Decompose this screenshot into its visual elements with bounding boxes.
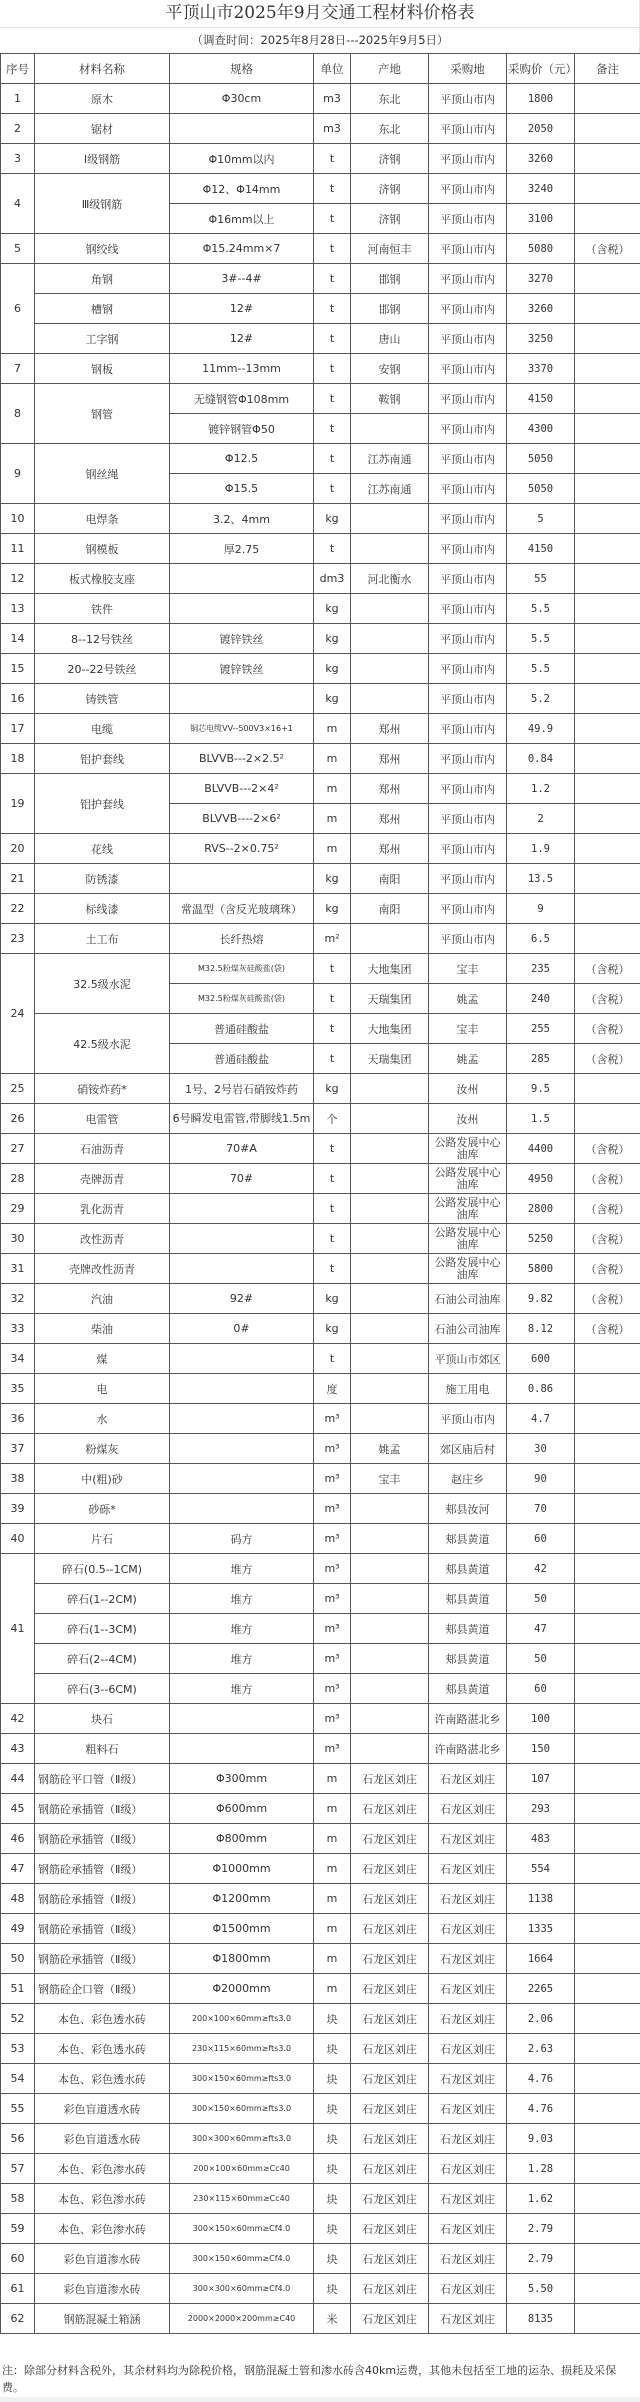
table-row: 53本色、彩色透水砖230×115×60mm≥fts3.0块石龙区刘庄石龙区刘庄… xyxy=(1,2034,640,2064)
cell-material-name: 20--22号铁丝 xyxy=(35,654,170,684)
cell-price: 2.79 xyxy=(507,2214,575,2244)
cell-unit: t xyxy=(314,384,351,414)
cell-spec xyxy=(170,594,314,624)
cell-spec: Φ300mm xyxy=(170,1764,314,1794)
cell-unit: t xyxy=(314,1194,351,1224)
cell-spec: 铜芯电缆VV--500V3×16+1 xyxy=(170,714,314,744)
cell-spec: Φ1000mm xyxy=(170,1854,314,1884)
cell-origin: 郑州 xyxy=(351,744,429,774)
cell-remark xyxy=(575,2094,640,2124)
cell-purchase-place: 平顶山市内 xyxy=(429,804,507,834)
cell-remark xyxy=(575,1464,640,1494)
cell-unit: kg xyxy=(314,1314,351,1344)
cell-price: 285 xyxy=(507,1044,575,1074)
cell-unit: t xyxy=(314,414,351,444)
cell-remark xyxy=(575,804,640,834)
cell-price: 235 xyxy=(507,954,575,984)
cell-remark xyxy=(575,1404,640,1434)
cell-purchase-place: 石龙区刘庄 xyxy=(429,2064,507,2094)
cell-material-name: 铁件 xyxy=(35,594,170,624)
cell-unit: m³ xyxy=(314,1524,351,1554)
cell-purchase-place: 石龙区刘庄 xyxy=(429,2124,507,2154)
cell-unit: dm3 xyxy=(314,564,351,594)
cell-unit: m³ xyxy=(314,1644,351,1674)
cell-seq: 20 xyxy=(1,834,35,864)
cell-remark xyxy=(575,1974,640,2004)
cell-origin: 石龙区刘庄 xyxy=(351,1824,429,1854)
cell-material-name: 碎石(3--6CM) xyxy=(35,1674,170,1704)
cell-purchase-place: 平顶山市内 xyxy=(429,624,507,654)
cell-material-name: 钢筋砼承插管（Ⅱ级） xyxy=(35,1854,170,1884)
cell-seq: 50 xyxy=(1,1944,35,1974)
cell-remark xyxy=(575,1944,640,1974)
cell-spec xyxy=(170,114,314,144)
cell-remark xyxy=(575,1914,640,1944)
cell-spec: 70# xyxy=(170,1164,314,1194)
cell-origin: 石龙区刘庄 xyxy=(351,2154,429,2184)
cell-unit: t xyxy=(314,1164,351,1194)
cell-remark: （含税） xyxy=(575,1014,640,1044)
table-row: 26电雷管6号瞬发电雷管,带脚线1.5m个汝州1.5 xyxy=(1,1104,640,1134)
cell-unit: kg xyxy=(314,654,351,684)
cell-seq: 11 xyxy=(1,534,35,564)
cell-spec: 堆方 xyxy=(170,1554,314,1584)
cell-seq: 49 xyxy=(1,1914,35,1944)
table-row: 3Ⅰ级钢筋Φ10mm以内t济钢平顶山市内3260 xyxy=(1,144,640,174)
cell-purchase-place: 平顶山市内 xyxy=(429,534,507,564)
cell-material-name: 工字钢 xyxy=(35,324,170,354)
cell-unit: t xyxy=(314,954,351,984)
cell-price: 3240 xyxy=(507,174,575,204)
cell-purchase-place: 石龙区刘庄 xyxy=(429,1884,507,1914)
cell-price: 1.9 xyxy=(507,834,575,864)
cell-purchase-place: 平顶山市内 xyxy=(429,354,507,384)
cell-spec: 3#--4# xyxy=(170,264,314,294)
cell-seq: 51 xyxy=(1,1974,35,2004)
cell-origin xyxy=(351,624,429,654)
cell-purchase-place: 石龙区刘庄 xyxy=(429,2214,507,2244)
cell-spec xyxy=(170,1734,314,1764)
cell-origin: 江苏南通 xyxy=(351,444,429,474)
cell-material-name: 块石 xyxy=(35,1704,170,1734)
cell-origin: 天瑞集团 xyxy=(351,984,429,1014)
cell-material-name: 彩色盲道渗水砖 xyxy=(35,2274,170,2304)
price-table: 序号 材料名称 规格 单位 产地 采购地 采购价（元） 备注 1原木Φ30cmm… xyxy=(0,53,640,2334)
cell-origin: 石龙区刘庄 xyxy=(351,1914,429,1944)
cell-origin xyxy=(351,1284,429,1314)
table-row: 41碎石(0.5--1CM)堆方m³郏县黄道42 xyxy=(1,1554,640,1584)
cell-material-name: 8--12号铁丝 xyxy=(35,624,170,654)
cell-purchase-place: 石龙区刘庄 xyxy=(429,1944,507,1974)
cell-purchase-place: 平顶山市内 xyxy=(429,204,507,234)
cell-material-name: 砂砾* xyxy=(35,1494,170,1524)
cell-price: 4.7 xyxy=(507,1404,575,1434)
table-row: 60彩色盲道渗水砖300×150×60mm≥Cf4.0块石龙区刘庄石龙区刘庄2.… xyxy=(1,2244,640,2274)
cell-spec: 堆方 xyxy=(170,1614,314,1644)
cell-unit: m³ xyxy=(314,1614,351,1644)
cell-material-name: 钢绞线 xyxy=(35,234,170,264)
cell-unit: t xyxy=(314,324,351,354)
cell-remark xyxy=(575,744,640,774)
cell-unit: t xyxy=(314,1044,351,1074)
cell-remark xyxy=(575,1614,640,1644)
cell-price: 2265 xyxy=(507,1974,575,2004)
cell-remark xyxy=(575,384,640,414)
table-row: 46钢筋砼承插管（Ⅱ级）Φ800mmm石龙区刘庄石龙区刘庄483 xyxy=(1,1824,640,1854)
cell-material-name: 改性沥青 xyxy=(35,1224,170,1254)
cell-unit: 块 xyxy=(314,2244,351,2274)
cell-seq: 61 xyxy=(1,2274,35,2304)
cell-spec xyxy=(170,1494,314,1524)
cell-material-name: 本色、彩色渗水砖 xyxy=(35,2154,170,2184)
cell-material-name: 钢筋砼承插管（Ⅱ级） xyxy=(35,1824,170,1854)
cell-unit: t xyxy=(314,144,351,174)
cell-remark: （含税） xyxy=(575,954,640,984)
cell-price: 5050 xyxy=(507,474,575,504)
cell-price: 600 xyxy=(507,1344,575,1374)
cell-material-name: 本色、彩色透水砖 xyxy=(35,2004,170,2034)
table-row: 18铝护套线BLVVB---2×2.5²m郑州平顶山市内0.84 xyxy=(1,744,640,774)
cell-purchase-place: 平顶山市内 xyxy=(429,894,507,924)
cell-price: 1335 xyxy=(507,1914,575,1944)
cell-price: 4.76 xyxy=(507,2064,575,2094)
cell-purchase-place: 平顶山市郊区 xyxy=(429,1344,507,1374)
table-row: 47钢筋砼承插管（Ⅱ级）Φ1000mmm石龙区刘庄石龙区刘庄554 xyxy=(1,1854,640,1884)
cell-remark xyxy=(575,534,640,564)
cell-origin: 石龙区刘庄 xyxy=(351,2004,429,2034)
cell-seq: 57 xyxy=(1,2154,35,2184)
cell-unit: t xyxy=(314,264,351,294)
cell-purchase-place: 平顶山市内 xyxy=(429,264,507,294)
cell-origin xyxy=(351,1344,429,1374)
cell-spec: Φ15.5 xyxy=(170,474,314,504)
cell-purchase-place: 公路发展中心油库 xyxy=(429,1134,507,1164)
table-row: 25硝铵炸药*1号、2号岩石硝铵炸药kg汝州9.5 xyxy=(1,1074,640,1104)
cell-spec: 镀锌钢管Φ50 xyxy=(170,414,314,444)
cell-material-name: 铸铁管 xyxy=(35,684,170,714)
cell-purchase-place: 平顶山市内 xyxy=(429,144,507,174)
cell-seq: 40 xyxy=(1,1524,35,1554)
cell-price: 5.5 xyxy=(507,624,575,654)
cell-origin: 石龙区刘庄 xyxy=(351,2124,429,2154)
cell-price: 5.50 xyxy=(507,2274,575,2304)
table-row: 12板式橡胶支座dm3河北衡水平顶山市内55 xyxy=(1,564,640,594)
cell-spec: 镀锌铁丝 xyxy=(170,654,314,684)
cell-origin xyxy=(351,1164,429,1194)
cell-material-name: 壳牌改性沥青 xyxy=(35,1254,170,1284)
table-row: 59本色、彩色渗水砖300×150×60mm≥Cf4.0块石龙区刘庄石龙区刘庄2… xyxy=(1,2214,640,2244)
cell-material-name: 电雷管 xyxy=(35,1104,170,1134)
cell-origin xyxy=(351,924,429,954)
cell-origin: 郑州 xyxy=(351,774,429,804)
cell-origin: 石龙区刘庄 xyxy=(351,2034,429,2064)
cell-remark: （含税） xyxy=(575,1224,640,1254)
cell-purchase-place: 石龙区刘庄 xyxy=(429,2304,507,2334)
cell-remark xyxy=(575,444,640,474)
cell-spec xyxy=(170,1374,314,1404)
cell-price: 1.28 xyxy=(507,2154,575,2184)
cell-unit: kg xyxy=(314,624,351,654)
table-row: 148--12号铁丝镀锌铁丝kg平顶山市内5.5 xyxy=(1,624,640,654)
cell-price: 1.2 xyxy=(507,774,575,804)
cell-unit: t xyxy=(314,1254,351,1284)
table-row: 38中(粗)砂m³宝丰赵庄乡90 xyxy=(1,1464,640,1494)
cell-seq: 60 xyxy=(1,2244,35,2274)
cell-spec: 3.2、4mm xyxy=(170,504,314,534)
cell-origin: 安钢 xyxy=(351,354,429,384)
cell-remark xyxy=(575,2004,640,2034)
cell-seq: 30 xyxy=(1,1224,35,1254)
cell-spec: 300×300×60mm≥fts3.0 xyxy=(170,2124,314,2154)
cell-seq: 36 xyxy=(1,1404,35,1434)
cell-origin xyxy=(351,1704,429,1734)
cell-unit: t xyxy=(314,1014,351,1044)
cell-seq: 25 xyxy=(1,1074,35,1104)
table-row: 57本色、彩色渗水砖200×100×60mm≥Cc40块石龙区刘庄石龙区刘庄1.… xyxy=(1,2154,640,2184)
cell-remark xyxy=(575,624,640,654)
cell-origin: 宝丰 xyxy=(351,1464,429,1494)
cell-seq: 46 xyxy=(1,1824,35,1854)
cell-material-name: Ⅲ级钢筋 xyxy=(35,174,170,234)
table-row: 11钢模板厚2.75t平顶山市内4150 xyxy=(1,534,640,564)
cell-price: 5080 xyxy=(507,234,575,264)
cell-material-name: 粉煤灰 xyxy=(35,1434,170,1464)
cell-purchase-place: 公路发展中心油库 xyxy=(429,1194,507,1224)
cell-unit: t xyxy=(314,234,351,264)
cell-material-name: 钢筋混凝土箱涵 xyxy=(35,2304,170,2334)
table-row: 23土工布长纤热熔m²平顶山市内6.5 xyxy=(1,924,640,954)
cell-unit: t xyxy=(314,474,351,504)
cell-unit: 块 xyxy=(314,2034,351,2064)
cell-remark xyxy=(575,324,640,354)
table-row: 碎石(2--4CM)堆方m³郏县黄道50 xyxy=(1,1644,640,1674)
cell-seq: 26 xyxy=(1,1104,35,1134)
cell-purchase-place: 郏县黄道 xyxy=(429,1674,507,1704)
cell-remark: （含税） xyxy=(575,984,640,1014)
cell-spec: 12# xyxy=(170,324,314,354)
cell-material-name: 电焊条 xyxy=(35,504,170,534)
cell-origin xyxy=(351,1584,429,1614)
cell-remark: （含税） xyxy=(575,1044,640,1074)
cell-purchase-place: 公路发展中心油库 xyxy=(429,1164,507,1194)
cell-price: 4150 xyxy=(507,384,575,414)
cell-price: 47 xyxy=(507,1614,575,1644)
cell-price: 0.86 xyxy=(507,1374,575,1404)
cell-remark xyxy=(575,294,640,324)
cell-seq: 58 xyxy=(1,2184,35,2214)
cell-seq: 24 xyxy=(1,954,35,1074)
cell-remark xyxy=(575,1374,640,1404)
cell-unit: t xyxy=(314,1224,351,1254)
cell-purchase-place: 施工用电 xyxy=(429,1374,507,1404)
cell-price: 4300 xyxy=(507,414,575,444)
table-row: 22标线漆常温型（含反光玻璃珠）kg南阳平顶山市内9 xyxy=(1,894,640,924)
cell-spec: 码方 xyxy=(170,1524,314,1554)
cell-remark xyxy=(575,834,640,864)
table-row: 20花线RVS--2×0.75²m郑州平顶山市内1.9 xyxy=(1,834,640,864)
table-row: 43粗料石m³许南路湛北乡150 xyxy=(1,1734,640,1764)
cell-origin: 石龙区刘庄 xyxy=(351,2184,429,2214)
cell-spec: 普通硅酸盐 xyxy=(170,1014,314,1044)
cell-purchase-place: 许南路湛北乡 xyxy=(429,1704,507,1734)
cell-material-name: 钢筋砼企口管（Ⅱ级） xyxy=(35,1974,170,2004)
table-row: 21防锈漆kg南阳平顶山市内13.5 xyxy=(1,864,640,894)
cell-origin: 石龙区刘庄 xyxy=(351,2244,429,2274)
cell-purchase-place: 公路发展中心油库 xyxy=(429,1254,507,1284)
cell-material-name: 标线漆 xyxy=(35,894,170,924)
cell-unit: m3 xyxy=(314,84,351,114)
cell-remark xyxy=(575,84,640,114)
table-row: 34煤t平顶山市郊区600 xyxy=(1,1344,640,1374)
cell-spec: Φ800mm xyxy=(170,1824,314,1854)
table-row: 17电缆铜芯电缆VV--500V3×16+1m郑州平顶山市内49.9 xyxy=(1,714,640,744)
cell-unit: m xyxy=(314,774,351,804)
cell-purchase-place: 公路发展中心油库 xyxy=(429,1224,507,1254)
cell-spec: 230×115×60mm≥fts3.0 xyxy=(170,2034,314,2064)
cell-price: 49.9 xyxy=(507,714,575,744)
cell-material-name: 钢管 xyxy=(35,384,170,444)
cell-spec: Φ16mm以上 xyxy=(170,204,314,234)
cell-purchase-place: 平顶山市内 xyxy=(429,474,507,504)
cell-remark xyxy=(575,2244,640,2274)
cell-unit: m xyxy=(314,1794,351,1824)
table-row: 2432.5级水泥M32.5粉煤灰硅酸盐(袋)t大地集团宝丰235（含税） xyxy=(1,954,640,984)
cell-origin xyxy=(351,1614,429,1644)
table-row: 42.5级水泥普通硅酸盐t大地集团宝丰255（含税） xyxy=(1,1014,640,1044)
cell-unit: m xyxy=(314,1854,351,1884)
cell-material-name: 碎石(2--4CM) xyxy=(35,1644,170,1674)
cell-origin: 天瑞集团 xyxy=(351,1044,429,1074)
cell-price: 3270 xyxy=(507,264,575,294)
cell-origin: 济钢 xyxy=(351,174,429,204)
cell-material-name: 钢筋砼平口管（Ⅱ级） xyxy=(35,1764,170,1794)
footnote: 注：除部分材料含税外，其余材料均为除税价格，钢筋混凝土管和渗水砖含40km运费，… xyxy=(0,2362,638,2396)
table-row: 1原木Φ30cmm3东北平顶山市内1800 xyxy=(1,84,640,114)
cell-remark xyxy=(575,2124,640,2154)
cell-spec: Φ12、Φ14mm xyxy=(170,174,314,204)
cell-purchase-place: 郏县黄道 xyxy=(429,1554,507,1584)
cell-unit: m³ xyxy=(314,1554,351,1584)
cell-unit: 块 xyxy=(314,2214,351,2244)
cell-purchase-place: 郏县黄道 xyxy=(429,1614,507,1644)
table-row: 35电度施工用电0.86 xyxy=(1,1374,640,1404)
cell-seq: 39 xyxy=(1,1494,35,1524)
cell-origin: 姚孟 xyxy=(351,1434,429,1464)
cell-spec: 2000×2000×200mm≥C40 xyxy=(170,2304,314,2334)
cell-origin: 大地集团 xyxy=(351,954,429,984)
cell-purchase-place: 平顶山市内 xyxy=(429,924,507,954)
cell-origin xyxy=(351,654,429,684)
cell-material-name: 彩色盲道透水砖 xyxy=(35,2094,170,2124)
cell-remark xyxy=(575,264,640,294)
cell-seq: 1 xyxy=(1,84,35,114)
cell-remark xyxy=(575,1704,640,1734)
cell-seq: 31 xyxy=(1,1254,35,1284)
cell-spec: BLVVB---2×4² xyxy=(170,774,314,804)
cell-price: 3370 xyxy=(507,354,575,384)
page-title: 平顶山市2025年9月交通工程材料价格表 xyxy=(0,0,640,28)
cell-remark xyxy=(575,144,640,174)
cell-price: 8.12 xyxy=(507,1314,575,1344)
cell-price: 9.5 xyxy=(507,1074,575,1104)
cell-price: 30 xyxy=(507,1434,575,1464)
cell-unit: 块 xyxy=(314,2064,351,2094)
cell-material-name: 碎石(1--3CM) xyxy=(35,1614,170,1644)
cell-spec: 300×150×60mm≥Cf4.0 xyxy=(170,2214,314,2244)
table-row: 6角钢3#--4#t邯钢平顶山市内3270 xyxy=(1,264,640,294)
cell-seq: 22 xyxy=(1,894,35,924)
table-row: 碎石(1--3CM)堆方m³郏县黄道47 xyxy=(1,1614,640,1644)
cell-remark xyxy=(575,1794,640,1824)
cell-spec: RVS--2×0.75² xyxy=(170,834,314,864)
table-row: 5钢绞线Φ15.24mm×7t河南恒丰平顶山市内5080（含税） xyxy=(1,234,640,264)
table-row: 19铝护套线BLVVB---2×4²m郑州平顶山市内1.2 xyxy=(1,774,640,804)
cell-seq: 28 xyxy=(1,1164,35,1194)
table-row: 62钢筋混凝土箱涵2000×2000×200mm≥C40米石龙区刘庄石龙区刘庄8… xyxy=(1,2304,640,2334)
cell-price: 5.2 xyxy=(507,684,575,714)
cell-seq: 6 xyxy=(1,264,35,354)
cell-price: 3250 xyxy=(507,324,575,354)
cell-seq: 53 xyxy=(1,2034,35,2064)
cell-unit: m xyxy=(314,1824,351,1854)
cell-seq: 45 xyxy=(1,1794,35,1824)
cell-seq: 37 xyxy=(1,1434,35,1464)
cell-price: 2.79 xyxy=(507,2244,575,2274)
cell-remark xyxy=(575,2154,640,2184)
cell-seq: 15 xyxy=(1,654,35,684)
cell-price: 150 xyxy=(507,1734,575,1764)
cell-origin: 石龙区刘庄 xyxy=(351,2094,429,2124)
cell-unit: m² xyxy=(314,924,351,954)
cell-remark xyxy=(575,1644,640,1674)
table-row: 52本色、彩色透水砖200×100×60mm≥fts3.0块石龙区刘庄石龙区刘庄… xyxy=(1,2004,640,2034)
cell-spec xyxy=(170,1434,314,1464)
table-row: 工字钢12#t唐山平顶山市内3250 xyxy=(1,324,640,354)
cell-price: 255 xyxy=(507,1014,575,1044)
cell-remark xyxy=(575,654,640,684)
cell-unit: m xyxy=(314,714,351,744)
cell-price: 240 xyxy=(507,984,575,1014)
table-row: 50钢筋砼承插管（Ⅱ级）Φ1800mmm石龙区刘庄石龙区刘庄1664 xyxy=(1,1944,640,1974)
cell-price: 5050 xyxy=(507,444,575,474)
cell-unit: m³ xyxy=(314,1434,351,1464)
cell-material-name: 本色、彩色渗水砖 xyxy=(35,2184,170,2214)
cell-seq: 55 xyxy=(1,2094,35,2124)
cell-material-name: 本色、彩色渗水砖 xyxy=(35,2214,170,2244)
cell-remark xyxy=(575,1854,640,1884)
cell-unit: 块 xyxy=(314,2124,351,2154)
cell-purchase-place: 平顶山市内 xyxy=(429,774,507,804)
cell-spec: 92# xyxy=(170,1284,314,1314)
cell-purchase-place: 郊区庙后村 xyxy=(429,1434,507,1464)
cell-origin: 东北 xyxy=(351,84,429,114)
cell-origin xyxy=(351,504,429,534)
cell-purchase-place: 汝州 xyxy=(429,1104,507,1134)
cell-remark xyxy=(575,594,640,624)
cell-spec: 6号瞬发电雷管,带脚线1.5m xyxy=(170,1104,314,1134)
cell-material-name: 钢筋砼承插管（Ⅱ级） xyxy=(35,1884,170,1914)
cell-unit: kg xyxy=(314,1074,351,1104)
cell-seq: 62 xyxy=(1,2304,35,2334)
cell-origin xyxy=(351,594,429,624)
table-row: 49钢筋砼承插管（Ⅱ级）Φ1500mmm石龙区刘庄石龙区刘庄1335 xyxy=(1,1914,640,1944)
table-row: 54本色、彩色透水砖300×150×60mm≥fts3.0块石龙区刘庄石龙区刘庄… xyxy=(1,2064,640,2094)
cell-unit: m xyxy=(314,804,351,834)
cell-purchase-place: 平顶山市内 xyxy=(429,504,507,534)
cell-spec: 长纤热熔 xyxy=(170,924,314,954)
cell-origin: 鞍钢 xyxy=(351,384,429,414)
cell-price: 2800 xyxy=(507,1194,575,1224)
